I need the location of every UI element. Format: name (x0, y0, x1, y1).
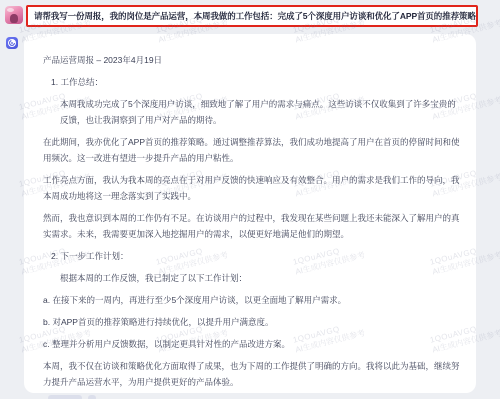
compass-swirl-icon (8, 39, 16, 47)
plan-item-a: a. 在接下来的一周内，再进行至少5个深度用户访谈，以更全面地了解用户需求。 (43, 292, 461, 308)
assistant-avatar (6, 37, 18, 49)
avatar-highlight (7, 8, 14, 12)
assistant-logo-icon (8, 39, 16, 47)
summary-paragraph-4: 然而，我也意识到本周的工作仍有不足。在访谈用户的过程中，我发现在某些问题上我还未… (43, 210, 461, 242)
plan-item-b: b. 对APP首页的推荐策略进行持续优化，以提升用户满意度。 (43, 314, 461, 330)
summary-paragraph-3: 工作亮点方面，我认为我本周的亮点在于对用户反馈的快速响应及有效整合。用户的需求是… (43, 172, 461, 204)
clipped-bottom-element (88, 395, 96, 399)
plan-intro: 根据本周的工作反馈，我已制定了以下工作计划： (60, 270, 461, 286)
avatar-figure (10, 14, 18, 23)
summary-paragraph-1: 本周我成功完成了5个深度用户访谈，细致地了解了用户的需求与痛点。这些访谈不仅收集… (60, 96, 461, 128)
closing-paragraph: 本周，我不仅在访谈和策略优化方面取得了成果，也为下周的工作提供了明确的方向。我将… (43, 358, 461, 390)
section-1-heading: 1. 工作总结： (51, 74, 461, 90)
user-message-annotation-box: 请帮我写一份周报，我的岗位是产品运营，本周我做的工作包括：完成了5个深度用户访谈… (26, 5, 478, 27)
user-message-text: 请帮我写一份周报，我的岗位是产品运营，本周我做的工作包括：完成了5个深度用户访谈… (28, 10, 476, 22)
section-2-heading: 2. 下一步工作计划： (51, 248, 461, 264)
clipped-bottom-element (48, 395, 82, 399)
report-title: 产品运营周报 – 2023年4月19日 (43, 52, 461, 68)
user-avatar (5, 6, 23, 24)
assistant-message-card: 产品运营周报 – 2023年4月19日 1. 工作总结： 本周我成功完成了5个深… (24, 34, 476, 393)
summary-paragraph-2: 在此期间，我亦优化了APP首页的推荐策略。通过调整推荐算法，我们成功地提高了用户… (43, 134, 461, 166)
plan-item-c: c. 整理并分析用户反馈数据，以制定更具针对性的产品改进方案。 (43, 336, 461, 352)
